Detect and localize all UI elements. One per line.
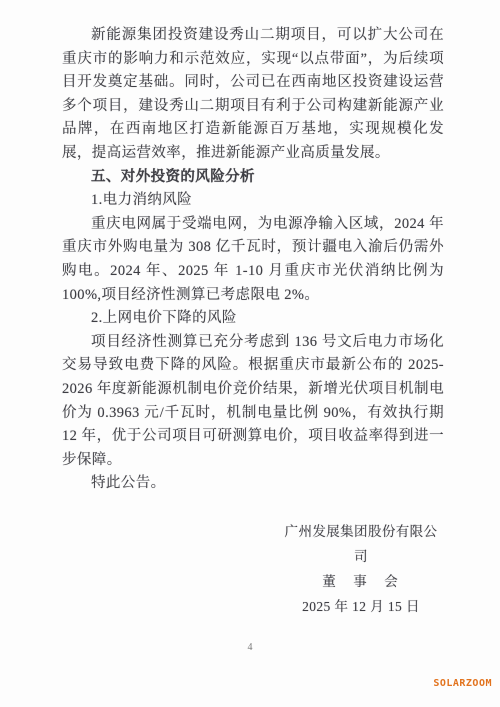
document-page: 新能源集团投资建设秀山二期项目，可以扩大公司在重庆市的影响力和示范效应，实现“以… <box>0 0 500 707</box>
subheading-power-consumption-risk: 1.电力消纳风险 <box>62 189 444 213</box>
solarzoom-watermark: SOLARZOOM <box>433 678 492 689</box>
signature-date: 2025 年 12 月 15 日 <box>280 594 442 619</box>
paragraph-grid-price-decline-risk: 项目经济性测算已充分考虑到 136 号文后电力市场化交易导致电费下降的风险。根据… <box>62 331 444 473</box>
company-name: 广州发展集团股份有限公司 <box>280 519 442 569</box>
section-heading-risk-analysis: 五、对外投资的风险分析 <box>62 166 444 190</box>
board-of-directors-label: 董 事 会 <box>280 569 442 594</box>
paragraph-project-benefits: 新能源集团投资建设秀山二期项目，可以扩大公司在重庆市的影响力和示范效应，实现“以… <box>62 24 444 166</box>
paragraph-power-consumption-risk: 重庆电网属于受端电网，为电源净输入区域，2024 年重庆市外购电量为 308 亿… <box>62 213 444 307</box>
subheading-grid-price-decline-risk: 2.上网电价下降的风险 <box>62 307 444 331</box>
closing-statement: 特此公告。 <box>62 472 444 496</box>
document-body: 新能源集团投资建设秀山二期项目，可以扩大公司在重庆市的影响力和示范效应，实现“以… <box>62 24 444 619</box>
signature-block: 广州发展集团股份有限公司 董 事 会 2025 年 12 月 15 日 <box>280 519 442 619</box>
page-number: 4 <box>0 642 500 653</box>
